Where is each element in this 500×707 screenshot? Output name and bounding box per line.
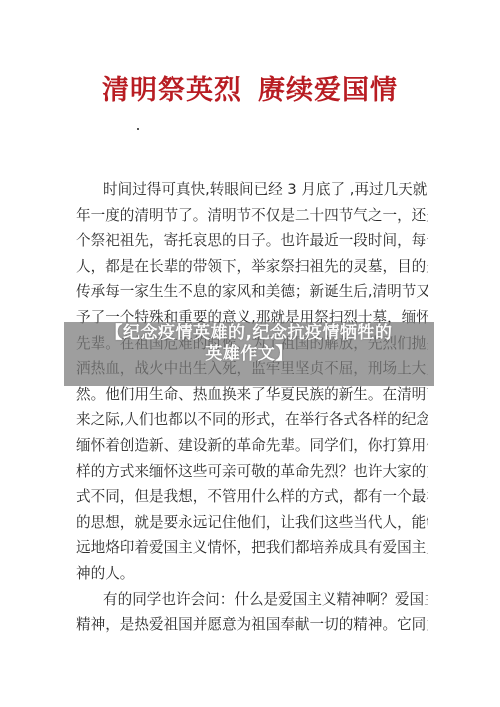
body-line: 精神，是热爱祖国并愿意为祖国奉献一切的精神。它同为国 — [76, 612, 428, 638]
body-line: 样的方式来缅怀这些可亲可敬的革命先烈？也许大家的方 — [76, 459, 428, 485]
body-line: 时间过得可真快,转眼间已经 3 月底了 ,再过几天就是一 — [76, 177, 428, 203]
body-line: 远地烙印着爱国主义情怀，把我们都培养成具有爱国主义精 — [76, 535, 428, 561]
body-line: 来之际,人们也都以不同的形式，在举行各式各样的纪念活动， — [76, 407, 428, 433]
body-line: 个祭祀祖先，寄托哀思的日子。也许最近一段时间，每一家 — [76, 228, 428, 254]
body-line: 缅怀着创造新、建设新的革命先辈。同学们，你打算用什么 — [76, 433, 428, 459]
document-body: 时间过得可真快,转眼间已经 3 月底了 ,再过几天就是一 年一度的清明节了。清明… — [76, 177, 428, 638]
body-line: 人，都是在长辈的带领下，举家祭扫祖先的灵墓，目的是在 — [76, 254, 428, 280]
document-page: 清明祭英烈赓续爱国情 时间过得可真快,转眼间已经 3 月底了 ,再过几天就是一 … — [0, 0, 500, 707]
overlay-banner-title[interactable]: 【纪念疫情英雄的,纪念抗疫情牺牲的 英雄作文】 — [64, 323, 434, 365]
body-line: 有的同学也许会问：什么是爱国主义精神啊？爱国主义 — [76, 587, 428, 613]
document-title: 清明祭英烈赓续爱国情 — [0, 68, 500, 107]
banner-line-1: 【纪念疫情英雄的,纪念抗疫情牺牲的 — [64, 323, 434, 344]
title-part-1: 清明祭英烈 — [102, 75, 242, 106]
body-line: 式不同，但是我想，不管用什么样的方式，都有一个最朴素 — [76, 484, 428, 510]
title-part-2: 赓续爱国情 — [258, 75, 398, 106]
body-line: 的思想，就是要永远记住他们，让我们这些当代人，能够永 — [76, 510, 428, 536]
body-line: 年一度的清明节了。清明节不仅是二十四节气之一，还是一 — [76, 203, 428, 229]
scan-artifact-dot — [137, 128, 139, 130]
body-line: 传承每一家生生不息的家风和美德；新诞生后,清明节又被赋 — [76, 279, 428, 305]
banner-line-2: 英雄作文】 — [64, 344, 434, 365]
body-line: 神的人。 — [76, 561, 428, 587]
